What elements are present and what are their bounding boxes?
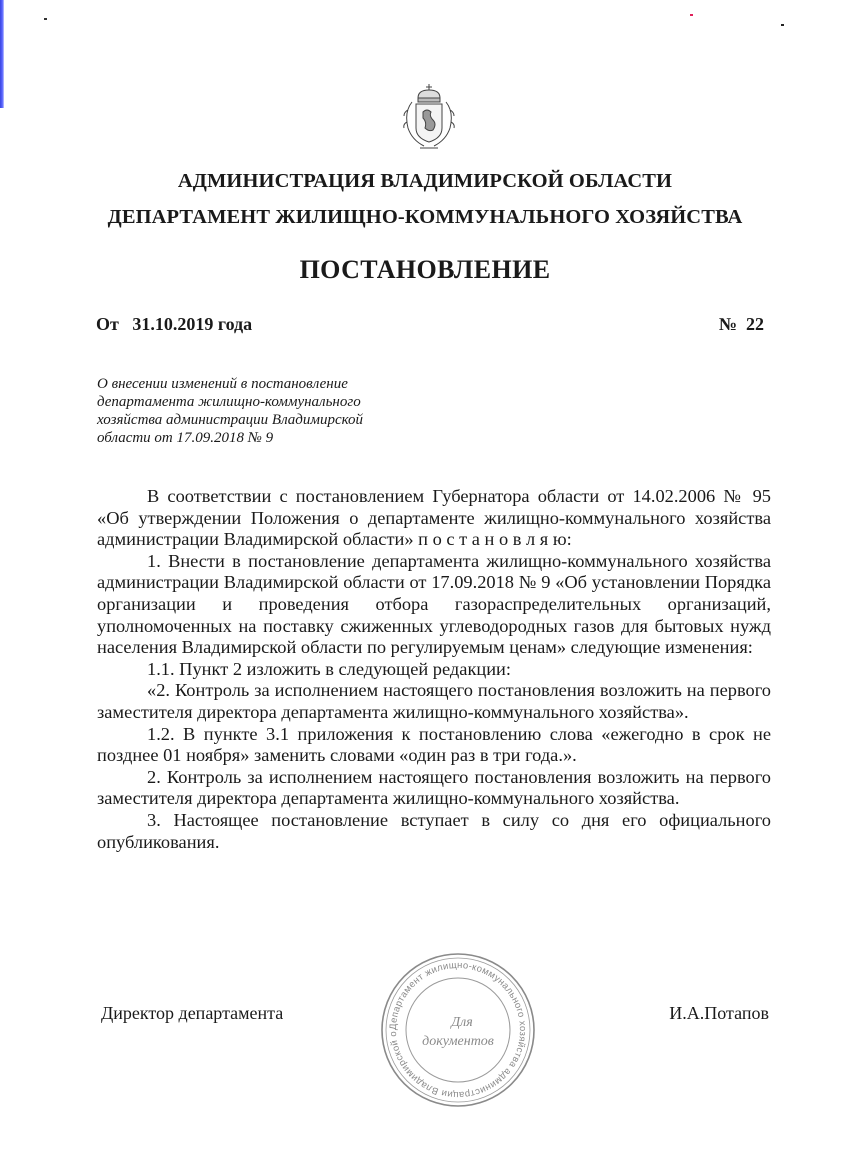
body-paragraph-item-1: 1. Внести в постановление департамента ж…	[97, 551, 771, 659]
document-type-title: ПОСТАНОВЛЕНИЕ	[0, 255, 850, 285]
scan-speck	[44, 18, 47, 20]
scan-edge-artifact	[0, 0, 4, 108]
document-body: В соответствии с постановлением Губернат…	[97, 486, 771, 853]
signatory-name: И.А.Потапов	[669, 1003, 769, 1024]
signatory-title: Директор департамента	[101, 1003, 283, 1024]
scan-speck	[690, 14, 693, 16]
coat-of-arms-icon	[398, 82, 460, 152]
official-stamp: Департамент жилищно-коммунального хозяйс…	[378, 950, 538, 1110]
body-paragraph-item-1-2: 1.2. В пункте 3.1 приложения к постановл…	[97, 724, 771, 767]
body-paragraph-item-1-1: 1.1. Пункт 2 изложить в следующей редакц…	[97, 659, 771, 681]
department-heading: ДЕПАРТАМЕНТ ЖИЛИЩНО-КОММУНАЛЬНОГО ХОЗЯЙС…	[0, 206, 850, 229]
document-date: От 31.10.2019 года	[96, 314, 252, 335]
body-paragraph-quote-2: «2. Контроль за исполнением настоящего п…	[97, 680, 771, 723]
stamp-center-line1: Для	[449, 1015, 473, 1030]
scan-speck	[781, 24, 784, 26]
administration-heading: АДМИНИСТРАЦИЯ ВЛАДИМИРСКОЙ ОБЛАСТИ	[0, 170, 850, 193]
stamp-center-line2: документов	[422, 1034, 494, 1049]
body-paragraph-item-3: 3. Настоящее постановление вступает в си…	[97, 810, 771, 853]
document-number: № 22	[719, 314, 764, 335]
document-subject: О внесении изменений в постановление деп…	[97, 375, 417, 447]
body-paragraph-preamble: В соответствии с постановлением Губернат…	[97, 486, 771, 551]
body-paragraph-item-2: 2. Контроль за исполнением настоящего по…	[97, 767, 771, 810]
